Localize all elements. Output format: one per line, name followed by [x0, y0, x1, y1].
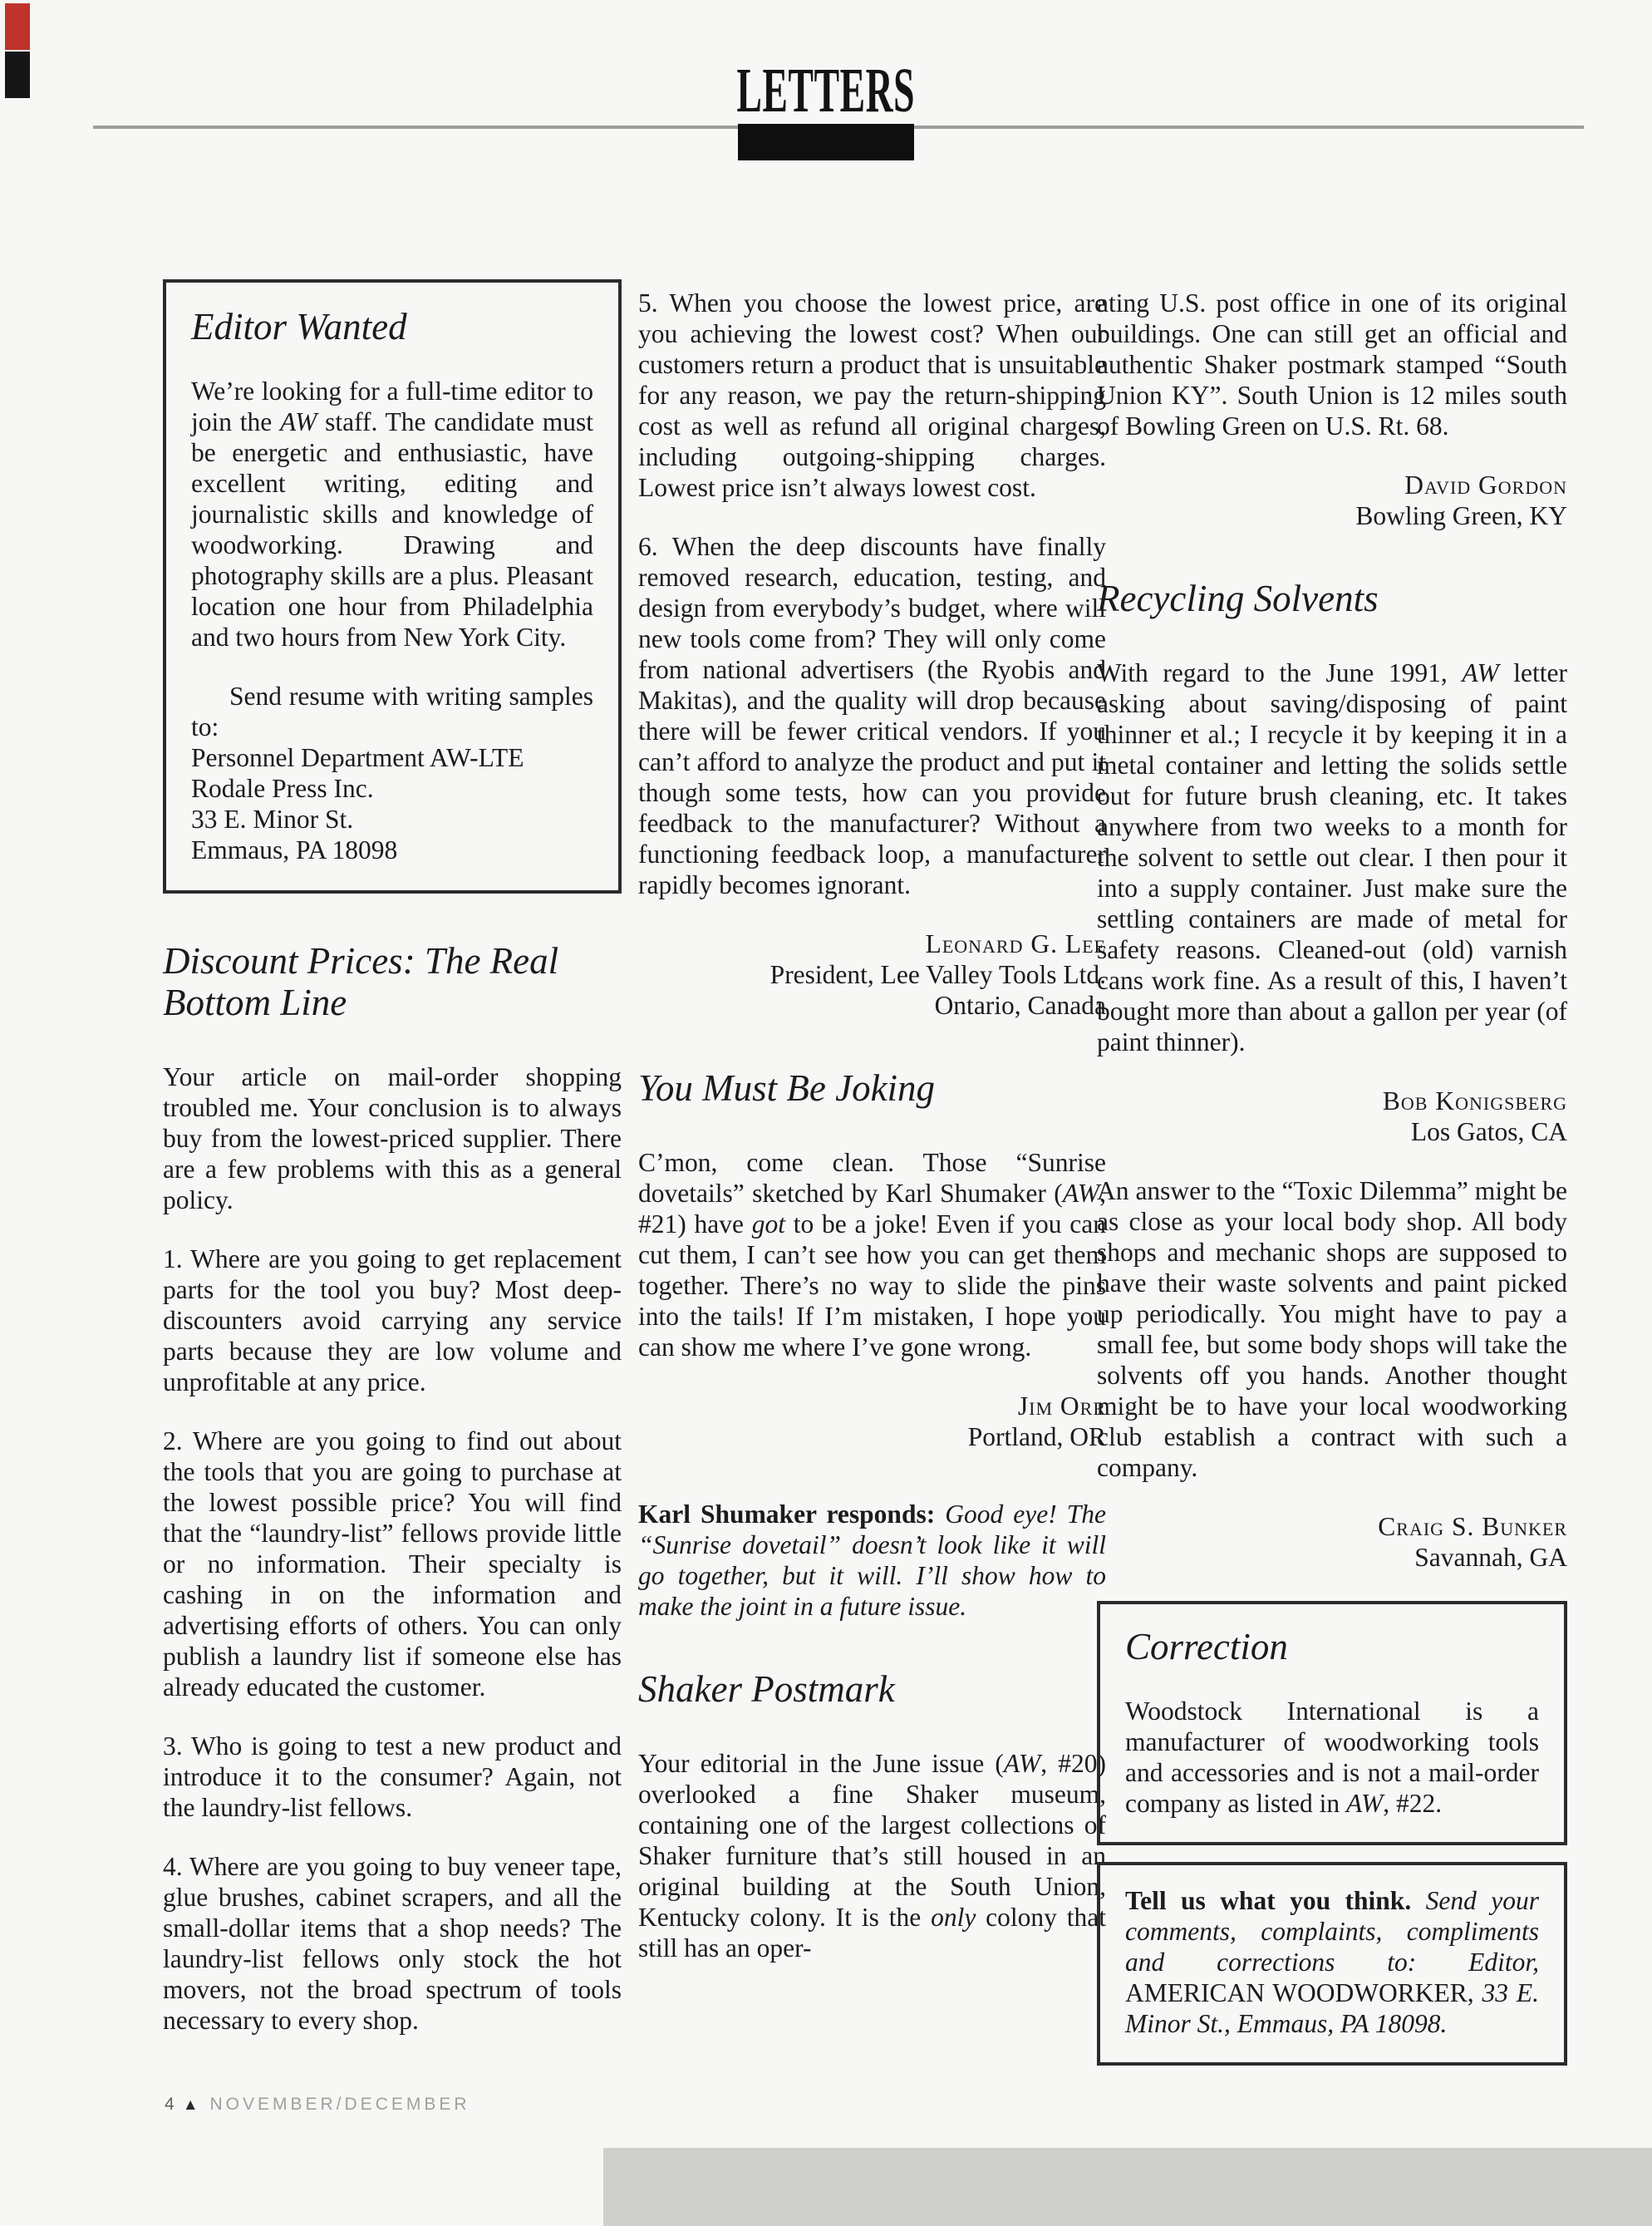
triangle-icon: ▲	[183, 2096, 199, 2114]
tell-us-box: Tell us what you think. Send your commen…	[1097, 1862, 1567, 2066]
issue-label: NOVEMBER/DECEMBER	[210, 2095, 470, 2114]
discount-prices-heading: Discount Prices: The Real Bottom Line	[163, 940, 622, 1023]
editor-wanted-paragraph: We’re looking for a full-time editor to …	[191, 376, 593, 653]
signature-name: David Gordon	[1097, 470, 1567, 500]
address-line: Rodale Press Inc.	[191, 773, 593, 804]
signature-craig-bunker: Craig S. Bunker Savannah, GA	[1097, 1511, 1567, 1573]
scan-gray-band	[603, 2148, 1652, 2226]
shaker-postmark-heading: Shaker Postmark	[638, 1668, 1106, 1710]
joking-paragraph: C’mon, come clean. Those “Sunrise doveta…	[638, 1147, 1106, 1362]
signature-name: Craig S. Bunker	[1097, 1511, 1567, 1542]
tell-us-paragraph: Tell us what you think. Send your commen…	[1125, 1885, 1539, 2039]
discount-point-5: 5. When you choose the lowest price, are…	[638, 288, 1106, 503]
signature-david-gordon: David Gordon Bowling Green, KY	[1097, 470, 1567, 531]
column-right: ating U.S. post office in one of its ori…	[1097, 279, 1567, 2066]
discount-point-4: 4. Where are you going to buy veneer tap…	[163, 1851, 622, 2036]
signature-line: President, Lee Valley Tools Ltd.	[638, 959, 1106, 990]
discount-point-1: 1. Where are you going to get replacemen…	[163, 1244, 622, 1397]
editor-wanted-box: Editor Wanted We’re looking for a full-t…	[163, 279, 622, 894]
signature-line: Ontario, Canada	[638, 990, 1106, 1021]
toxic-dilemma-paragraph: An answer to the “Toxic Dilemma” might b…	[1097, 1175, 1567, 1483]
signature-name: Jim Orr	[638, 1391, 1106, 1421]
page-title-text: LETTERS	[737, 58, 916, 123]
signature-line: Portland, OR	[638, 1421, 1106, 1452]
recycling-paragraph: With regard to the June 1991, AW letter …	[1097, 657, 1567, 1057]
correction-heading: Correction	[1125, 1626, 1539, 1667]
address-line: Emmaus, PA 18098	[191, 835, 593, 865]
signature-bob-konigsberg: Bob Konigsberg Los Gatos, CA	[1097, 1086, 1567, 1147]
editor-wanted-heading: Editor Wanted	[191, 306, 593, 347]
address-line: 33 E. Minor St.	[191, 804, 593, 835]
signature-name: Bob Konigsberg	[1097, 1086, 1567, 1116]
signature-name: Leonard G. Lee	[638, 928, 1106, 959]
discount-intro-paragraph: Your article on mail-order shopping trou…	[163, 1061, 622, 1215]
page-footer: 4▲NOVEMBER/DECEMBER	[165, 2095, 470, 2115]
you-must-be-joking-heading: You Must Be Joking	[638, 1067, 1106, 1109]
correction-box: Correction Woodstock International is a …	[1097, 1601, 1567, 1845]
page-number: 4	[165, 2095, 175, 2114]
correction-paragraph: Woodstock International is a manufacture…	[1125, 1696, 1539, 1819]
discount-point-6: 6. When the deep discounts have finally …	[638, 531, 1106, 900]
masthead-block	[738, 124, 914, 160]
magazine-letters-page: LETTERS Editor Wanted We’re looking for …	[0, 0, 1652, 2226]
column-middle: 5. When you choose the lowest price, are…	[638, 279, 1106, 1963]
registration-mark-red	[5, 3, 30, 50]
discount-point-2: 2. Where are you going to find out about…	[163, 1426, 622, 1702]
column-left: Editor Wanted We’re looking for a full-t…	[163, 279, 622, 2036]
signature-jim-orr: Jim Orr Portland, OR	[638, 1391, 1106, 1452]
shaker-postmark-paragraph: Your editorial in the June issue (AW, #2…	[638, 1748, 1106, 1963]
address-line: Personnel Department AW-LTE	[191, 742, 593, 773]
signature-line: Bowling Green, KY	[1097, 500, 1567, 531]
karl-shumaker-response: Karl Shumaker responds: Good eye! The “S…	[638, 1499, 1106, 1622]
editor-wanted-send-line: Send resume with writing samples to:	[191, 681, 593, 742]
signature-leonard-lee: Leonard G. Lee President, Lee Valley Too…	[638, 928, 1106, 1021]
discount-point-3: 3. Who is going to test a new product an…	[163, 1731, 622, 1823]
shaker-postmark-continuation: ating U.S. post office in one of its ori…	[1097, 288, 1567, 441]
recycling-solvents-heading: Recycling Solvents	[1097, 578, 1567, 619]
signature-line: Savannah, GA	[1097, 1542, 1567, 1573]
signature-line: Los Gatos, CA	[1097, 1116, 1567, 1147]
page-title: LETTERS	[0, 58, 1652, 123]
